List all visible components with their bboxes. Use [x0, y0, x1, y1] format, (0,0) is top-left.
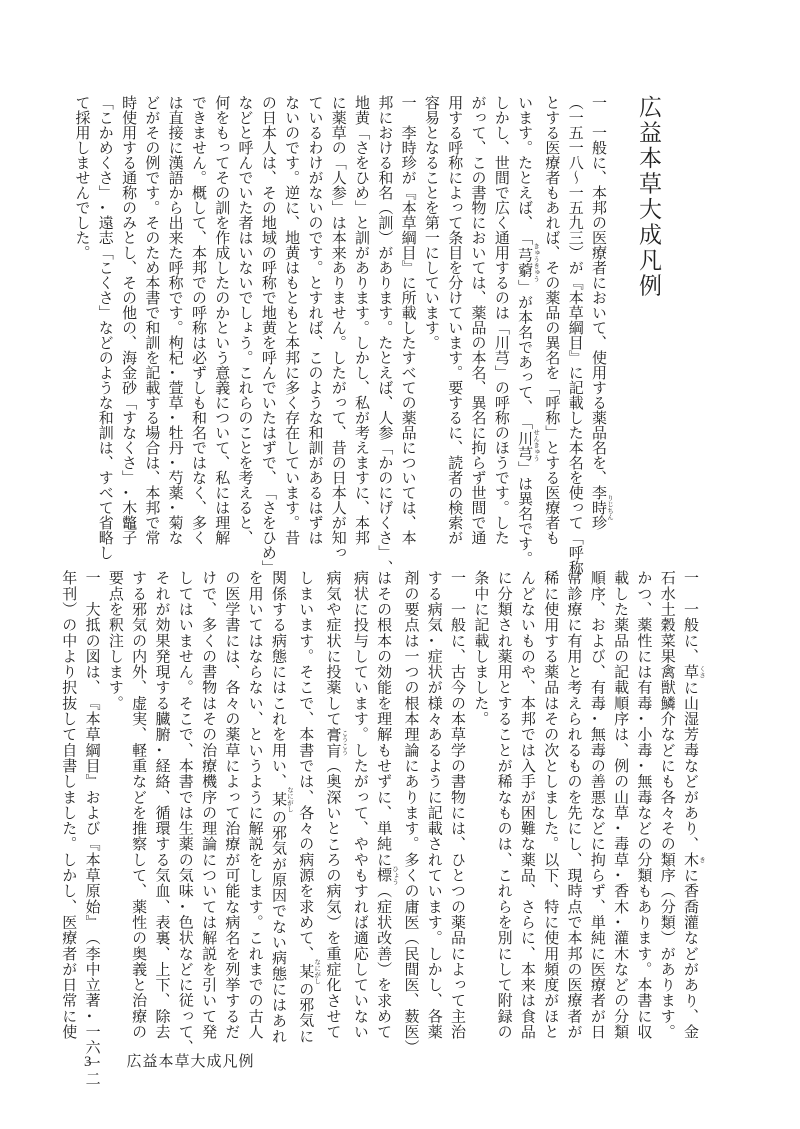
text-line: 載した薬品の記載順序は、例の山草・毒草・香木・灌木などの分類 [608, 570, 631, 1045]
text-line: んどないものや、本邦では入手が困難な薬品、さらに、本来は食品 [515, 570, 538, 1045]
text-line: 常診療に有用と考えられるものを先にし、現時点で本邦の医療者が [561, 570, 584, 1045]
text-line: 何をもってその訓を作成したのかという意義について、私には理解 [209, 95, 232, 545]
running-title: 広益本草大成凡例 [127, 1054, 255, 1070]
text-line: できません。概して、本邦での呼称は必ずしも和名ではなく、多く [186, 95, 209, 545]
text-line: 地黄「さをひめ」と訓があります。しかし、私が考えますに、本邦 [349, 95, 372, 545]
document-page: 広益本草大成凡例 一 一般に、本邦の医療者において、使用する薬品名を、李時珍りじ… [0, 0, 800, 1129]
text-line: 一 一般に、草くさに山湿芳毒などがあり、木きに香喬灌などがあり、金 [678, 570, 705, 1045]
text-line: 剤の要点は一つの根本理論にあります。多くの庸医（民間医、薮医） [398, 570, 421, 1045]
text-line: 一 大抵の図は、『本草綱目』および『本草原始』（李中立著・一六一二 [79, 570, 102, 1045]
text-line: 容易となることを第一にしています。 [419, 95, 442, 545]
section1-lines: 一 一般に、本邦の医療者において、使用する薬品名を、李時珍りじちん（一五一八〜一… [69, 95, 613, 545]
text-line: ないのです。逆に、地黄はもともと本邦に多く存在しています。昔 [279, 95, 302, 545]
text-line: どがその例です。そのため本書で和訓を記載する場合は、本邦で常 [139, 95, 162, 545]
text-line: してはいません。そこで、本書では生薬の気味・色状などに従って、 [172, 570, 195, 1045]
section-classification-notes: 一 一般に、草くさに山湿芳毒などがあり、木きに香喬灌などがあり、金石水土穀菜果禽… [56, 570, 705, 1045]
text-line: を用いてはならない、というように解説をします。これまでの古人 [242, 570, 265, 1045]
text-line: かつ、薬性には有毒・小毒・無毒などの分類もあります。本書に収 [631, 570, 654, 1045]
text-line: 用する呼称によって条目を分けています。要するに、読者の検索が [442, 95, 465, 545]
text-line: けで、多くの書物はその治療機序の理論については解説を引いて発 [196, 570, 219, 1045]
page-footer: 3広益本草大成凡例 [84, 1050, 255, 1071]
document-title: 広益本草大成凡例 [635, 95, 662, 545]
text-line: 条中に記載しました。 [468, 570, 491, 1045]
text-line: の医学書には、各々の薬草によって治療が可能な病名を列挙するだ [219, 570, 242, 1045]
text-line: がって、この書物においては、薬品の本名、異名に拘らず世間で通 [465, 95, 488, 545]
text-line: 病気や症状に投薬して膏肓こうこう（奥深いところの病気）を重症化させて [320, 570, 347, 1045]
text-line: とする医療者もあれば、その薬品の異名を「呼称」とする医療者も [539, 95, 562, 545]
text-line: する病気・症状が様々あるように記載されています。しかし、各薬 [421, 570, 444, 1045]
text-line: 稀に使用する薬品はその次としました。以下、特に使用頻度がほと [538, 570, 561, 1045]
text-line: はその根本の効能を理解もせずに、単純に標ひょう（症状改善）を求めて [371, 570, 398, 1045]
text-line: 一 李時珍が『本草綱目』に所載したすべての薬品については、本 [395, 95, 418, 545]
text-line: 時使用する通称のみとし、その他の、海金砂「すなくさ」・木鼈子 [116, 95, 139, 545]
text-line: に薬草の「人参」は本来ありません。したがって、昔の日本人が知っ [325, 95, 348, 545]
text-line: に分類され薬用とすることが稀なものは、これらを別にして附録の [491, 570, 514, 1045]
text-line: それが効果発現する臓腑・経絡、循環する気血、表裏、上下、除去 [149, 570, 172, 1045]
text-line: 一 一般に、本邦の医療者において、使用する薬品名を、李時珍りじちん [586, 95, 613, 545]
text-line: 「こかめくさ」・遠志「こくさ」などのような和訓は、すべて省略し [92, 95, 115, 545]
text-line: しまいます。そこで、本書では、各々の病源を求めて、某なにがしの邪気に [293, 570, 320, 1045]
text-line: 要点を釈注します。 [103, 570, 126, 1045]
text-line: 一 一般に、古今の本草学の書物には、ひとつの薬品によって主治 [445, 570, 468, 1045]
text-line: ているわけがないのです。とすれば、このような和訓があるはずは [302, 95, 325, 545]
text-line: などと呼んでいた者はいないでしょう。これらのことを考えると、 [232, 95, 255, 545]
text-line: 年刊）の中より択抜して自書しました。しかし、医療者が日常に使 [56, 570, 79, 1045]
text-line: は直接に漢語から出来た呼称です。枸杞・萱草・牡丹・芍薬・菊な [162, 95, 185, 545]
text-line: 順序、および、有毒・無毒の善悪などに拘らず、単純に医療者が日 [585, 570, 608, 1045]
text-line: しかし、世間で広く通用するのは「川芎」の呼称のほうです。した [489, 95, 512, 545]
section-naming-conventions: 広益本草大成凡例 一 一般に、本邦の医療者において、使用する薬品名を、李時珍りじ… [69, 95, 662, 545]
text-line: 病状に投与しています。したがって、ややもすれば適応していない [348, 570, 371, 1045]
text-line: 邦における和名（訓）があります。たとえば、人参「かのにげくさ」、 [372, 95, 395, 545]
text-line: する邪気の内外、虚実、軽重などを推察して、薬性の奥義と治療の [126, 570, 149, 1045]
text-line: の日本人は、その地域の呼称で地黄を呼んでいたはずで、「さをひめ」 [256, 95, 279, 545]
section2-lines: 一 一般に、草くさに山湿芳毒などがあり、木きに香喬灌などがあり、金石水土穀菜果禽… [56, 570, 705, 1045]
text-line: います。たとえば、「芎藭きゅうきゅう」が本名であって、「川芎せんきゅう」は異名で… [512, 95, 539, 545]
text-line: 関係する病態にはこれを用い、某なにがしの邪気が原因でない病態にはあれ [266, 570, 293, 1045]
page-number: 3 [84, 1054, 93, 1070]
text-line: て採用しませんでした。 [69, 95, 92, 545]
text-line: 石水土穀菜果禽獣鱗介などにも各々その類序（分類）があります。 [654, 570, 677, 1045]
text-line: （一五一八〜一五九三）が『本草綱目』に記載した本名を使って「呼称」 [562, 95, 585, 545]
